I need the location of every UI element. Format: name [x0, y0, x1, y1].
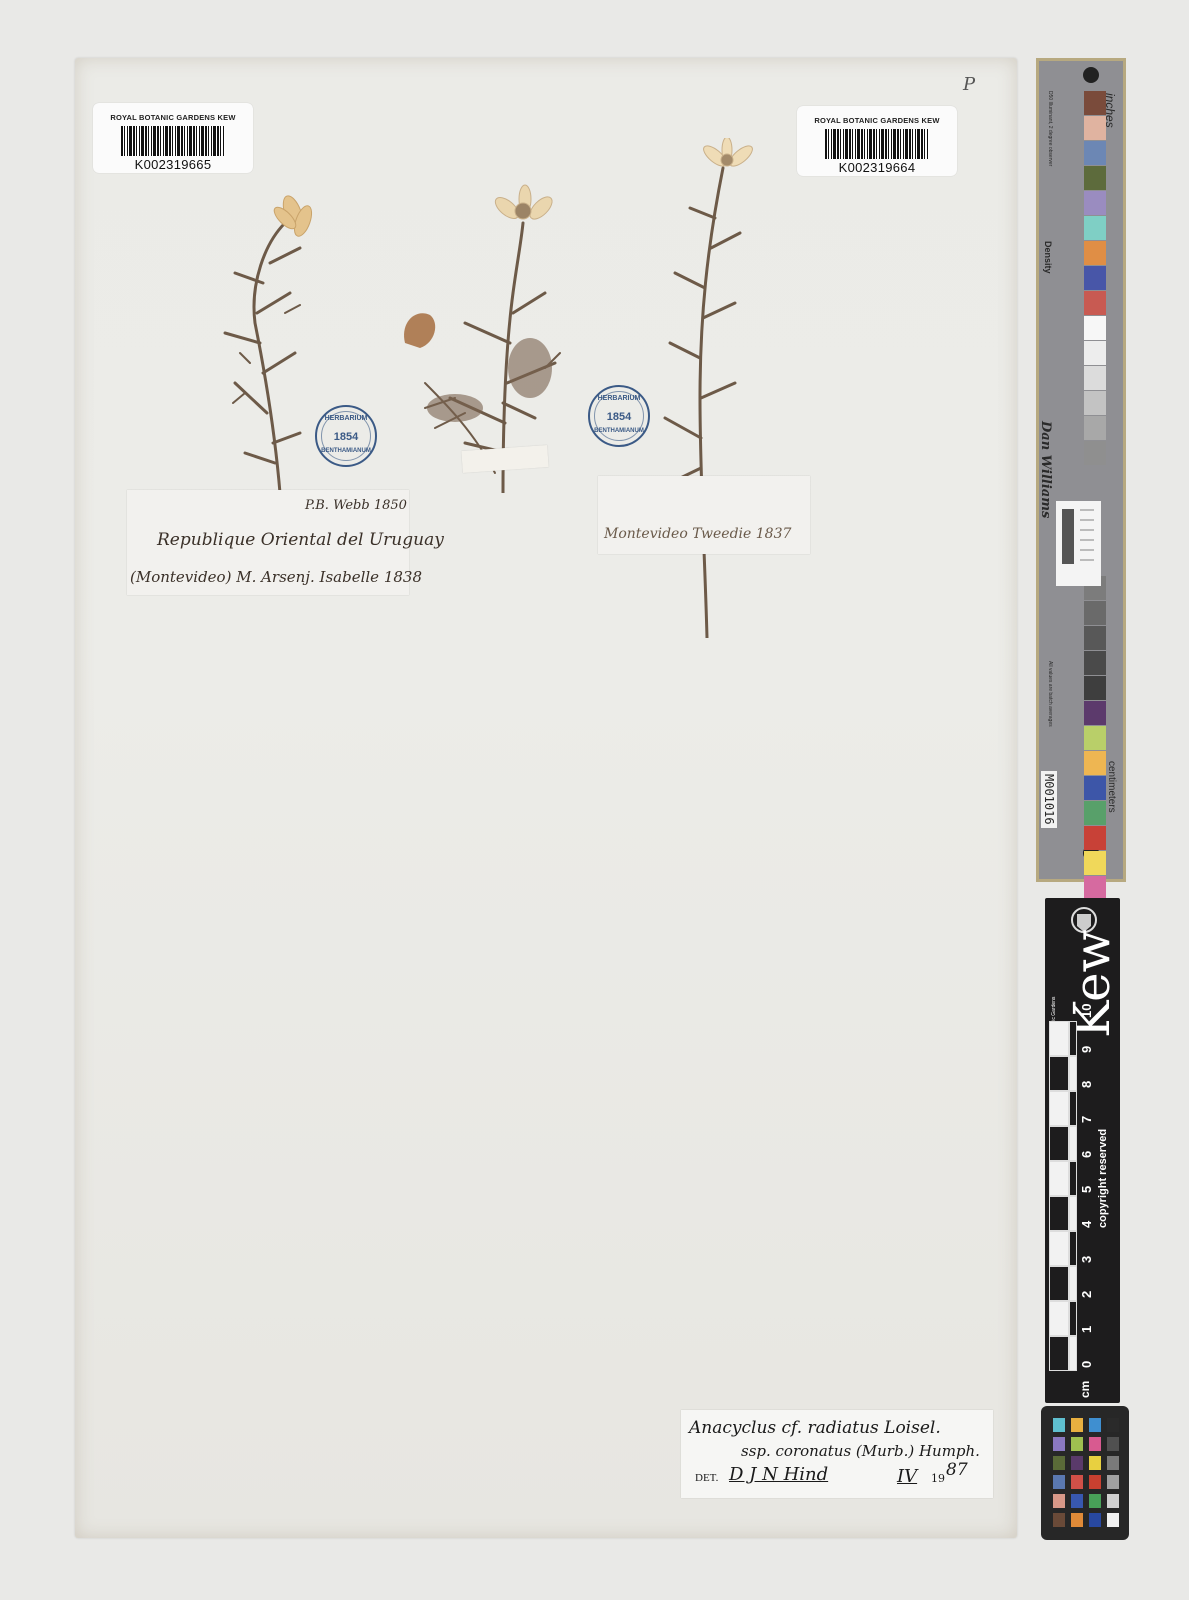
color-patch — [1089, 1513, 1101, 1527]
color-patch — [1053, 1456, 1065, 1470]
cm-cell — [1049, 1161, 1069, 1196]
color-swatch — [1084, 341, 1106, 365]
brand-label: Dan Williams — [1038, 421, 1053, 518]
cm-tick-label: 0 — [1079, 1361, 1094, 1368]
color-patch — [1071, 1456, 1083, 1470]
color-swatch — [1084, 851, 1106, 875]
det-month: IV — [897, 1466, 917, 1487]
cm-cell — [1069, 1336, 1077, 1371]
color-patch — [1089, 1418, 1101, 1432]
det-label: DET. — [695, 1472, 718, 1484]
cm-tick-label: 1 — [1079, 1326, 1094, 1333]
cm-tick-label: 7 — [1079, 1116, 1094, 1123]
collection-label-left: P.B. Webb 1850 Republique Oriental del U… — [127, 490, 409, 595]
color-swatch — [1084, 391, 1106, 415]
color-patch — [1053, 1513, 1065, 1527]
cm-cell — [1049, 1056, 1069, 1091]
color-swatch — [1084, 266, 1106, 290]
inches-label: inches — [1103, 93, 1117, 128]
barcode-org: ROYAL BOTANIC GARDENS KEW — [797, 116, 957, 125]
centimeters-label: centimeters — [1106, 761, 1117, 813]
color-patch — [1107, 1475, 1119, 1489]
cm-cell — [1069, 1266, 1077, 1301]
cm-cell — [1069, 1196, 1077, 1231]
cm-cell — [1049, 1336, 1069, 1371]
cm-cell — [1049, 1091, 1069, 1126]
cm-tick-label: 4 — [1079, 1221, 1094, 1228]
color-patch — [1053, 1437, 1065, 1451]
barcode-number: K002319664 — [797, 160, 957, 175]
color-swatch — [1084, 601, 1106, 625]
color-swatch — [1084, 801, 1106, 825]
stamp-year: 1854 — [590, 411, 648, 423]
cm-tick-label: 10 — [1079, 1004, 1094, 1018]
stamp-text-top: HERBARIUM — [317, 415, 375, 422]
color-swatch — [1084, 701, 1106, 725]
locality-line: Montevideo Tweedie 1837 — [604, 526, 791, 542]
color-swatch — [1084, 291, 1106, 315]
subspecies-name: ssp. coronatus (Murb.) Humph. — [741, 1442, 980, 1460]
cm-cell — [1049, 1021, 1069, 1056]
stamp-text-bottom: BENTHAMIANUM — [590, 428, 648, 434]
color-patch — [1089, 1456, 1101, 1470]
cm-cell — [1069, 1231, 1077, 1266]
collection-label-right: Montevideo Tweedie 1837 — [598, 476, 810, 554]
color-patch — [1053, 1475, 1065, 1489]
det-year: 87 — [946, 1460, 968, 1480]
barcode-label-right: ROYAL BOTANIC GARDENS KEW K002319664 — [797, 106, 957, 176]
cm-tick-label: 3 — [1079, 1256, 1094, 1263]
batch-note: All values are batch averages — [1047, 661, 1053, 727]
determination-slip: Anacyclus cf. radiatus Loisel. ssp. coro… — [681, 1410, 993, 1498]
collector-line: P.B. Webb 1850 — [305, 498, 407, 513]
color-swatch — [1084, 416, 1106, 440]
locality-line-2: (Montevideo) M. Arsenj. Isabelle 1838 — [130, 568, 422, 586]
ruler-hole-icon — [1083, 67, 1099, 83]
stamp-year: 1854 — [317, 431, 375, 443]
barcode-label-left: ROYAL BOTANIC GARDENS KEW K002319665 — [93, 103, 253, 173]
color-checker-card — [1041, 1406, 1129, 1540]
color-patch — [1089, 1494, 1101, 1508]
color-patch — [1053, 1494, 1065, 1508]
color-calibration-ruler: inches centimeters Dan Williams Density … — [1036, 58, 1126, 882]
plant-specimen-right — [645, 138, 765, 638]
color-swatch — [1084, 651, 1106, 675]
color-swatch — [1084, 626, 1106, 650]
herbarium-stamp: HERBARIUM 1854 BENTHAMIANUM — [588, 385, 650, 447]
color-swatch — [1084, 826, 1106, 850]
density-label: Density — [1043, 241, 1053, 274]
color-swatch — [1084, 776, 1106, 800]
kew-scale-bar: Kew Royal Botanic Gardens copyright rese… — [1045, 898, 1120, 1403]
color-swatch — [1084, 726, 1106, 750]
ruler-id: M001016 — [1041, 771, 1057, 828]
grey-target-panel — [1056, 501, 1101, 586]
cm-cell — [1069, 1091, 1077, 1126]
barcode-icon — [121, 126, 225, 156]
cm-cell — [1049, 1266, 1069, 1301]
herbarium-stamp: HERBARIUM 1854 BENTHAMIANUM — [315, 405, 377, 467]
determiner-signature: D J N Hind — [729, 1464, 828, 1485]
cm-cell — [1069, 1301, 1077, 1336]
cm-cell — [1049, 1196, 1069, 1231]
locality-line: Republique Oriental del Uruguay — [157, 530, 444, 550]
color-swatch — [1084, 166, 1106, 190]
taxon-name: Anacyclus cf. radiatus Loisel. — [689, 1418, 941, 1438]
cm-tick-label: 5 — [1079, 1186, 1094, 1193]
color-swatch — [1084, 441, 1106, 465]
cm-cell — [1069, 1021, 1077, 1056]
cm-cell — [1049, 1231, 1069, 1266]
illuminant-note: D50 Illuminant, 2 degree observer — [1047, 91, 1053, 166]
det-year-prefix: 19 — [931, 1472, 945, 1485]
color-swatch — [1084, 366, 1106, 390]
barcode-org: ROYAL BOTANIC GARDENS KEW — [93, 113, 253, 122]
cm-cell — [1069, 1161, 1077, 1196]
copyright-text: copyright reserved — [1097, 1129, 1109, 1228]
color-patch — [1107, 1456, 1119, 1470]
cm-cell — [1069, 1056, 1077, 1091]
cm-cell — [1069, 1126, 1077, 1161]
color-patch — [1107, 1418, 1119, 1432]
cm-tick-label: 6 — [1079, 1151, 1094, 1158]
color-patch — [1071, 1475, 1083, 1489]
cm-tick-label: 8 — [1079, 1081, 1094, 1088]
color-patch — [1053, 1418, 1065, 1432]
color-patch — [1107, 1513, 1119, 1527]
color-patch — [1107, 1437, 1119, 1451]
barcode-number: K002319665 — [93, 157, 253, 172]
corner-annotation: P — [963, 74, 975, 95]
cm-tick-label: 9 — [1079, 1046, 1094, 1053]
color-swatch — [1084, 876, 1106, 900]
color-swatch — [1084, 241, 1106, 265]
color-swatch — [1084, 751, 1106, 775]
color-swatch — [1084, 141, 1106, 165]
color-patch — [1071, 1418, 1083, 1432]
color-patch — [1071, 1513, 1083, 1527]
color-patch — [1107, 1494, 1119, 1508]
color-patch — [1071, 1437, 1083, 1451]
cm-cell — [1049, 1301, 1069, 1336]
stamp-text-top: HERBARIUM — [590, 395, 648, 402]
cm-cell — [1049, 1126, 1069, 1161]
color-patch — [1089, 1437, 1101, 1451]
color-swatch — [1084, 216, 1106, 240]
color-patch — [1071, 1494, 1083, 1508]
cm-label: cm — [1078, 1381, 1092, 1398]
cm-tick-label: 2 — [1079, 1291, 1094, 1298]
color-swatch — [1084, 191, 1106, 215]
stamp-text-bottom: BENTHAMIANUM — [317, 448, 375, 454]
herbarium-sheet: ROYAL BOTANIC GARDENS KEW K002319665 ROY… — [75, 58, 1017, 1538]
color-patch — [1089, 1475, 1101, 1489]
color-swatch — [1084, 316, 1106, 340]
color-swatch — [1084, 676, 1106, 700]
barcode-icon — [825, 129, 929, 159]
